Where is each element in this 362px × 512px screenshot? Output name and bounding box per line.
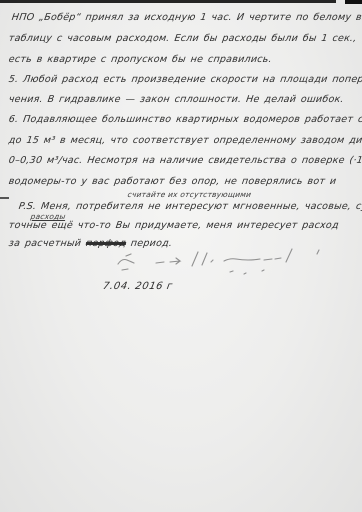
handwritten-line: до 15 м³ в месяц, что соответствует опре…	[8, 135, 362, 146]
scanned-letter-page: НПО „Бобёр“ принял за исходную 1 час. И …	[0, 0, 362, 512]
scan-corner-artifact	[345, 0, 362, 4]
handwritten-line: водомеры-то у вас работают без опор, не …	[8, 176, 337, 187]
insertion-note: считайте их отсутствующими	[127, 190, 252, 199]
ps-line-2: точные ещё что-то Вы придумаете, меня ин…	[8, 220, 340, 231]
final-line-prefix: за расчетный	[8, 238, 82, 249]
handwritten-line: таблицу с часовым расходом. Если бы расх…	[8, 33, 362, 44]
date: 7.04. 2016 г	[102, 281, 174, 292]
ps-line: P.S. Меня, потребителя не интересуют мгн…	[18, 201, 362, 212]
handwritten-line: чения. В гидравлике — закон сплошности. …	[8, 94, 345, 105]
scan-edge-artifact	[0, 0, 336, 3]
margin-dash	[0, 197, 9, 199]
handwritten-line: есть в квартире с пропуском бы не справи…	[8, 54, 273, 65]
handwritten-line: 5. Любой расход есть произведение скорос…	[8, 74, 362, 85]
handwritten-line: НПО „Бобёр“ принял за исходную 1 час. И …	[11, 12, 362, 23]
handwritten-line: 6. Подавляющее большинство квартирных во…	[8, 114, 362, 125]
handwritten-line: 0–0,30 м³/час. Несмотря на наличие свиде…	[8, 155, 362, 166]
